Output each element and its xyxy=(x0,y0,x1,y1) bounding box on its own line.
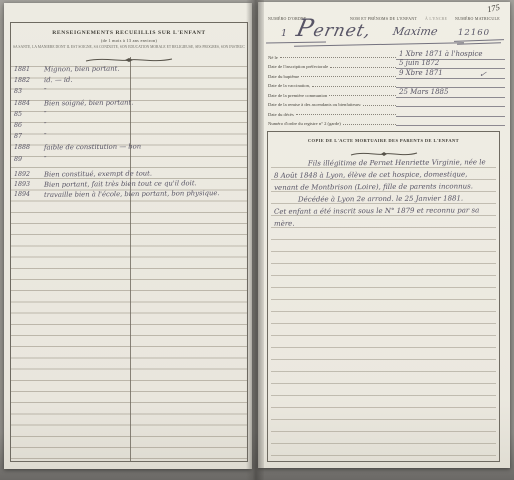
field-value: 25 Mars 1885 xyxy=(396,88,505,98)
dotted-leader xyxy=(329,94,396,96)
yearly-entries: 1881 Mignon, bien portant. 1882 id. — id… xyxy=(14,62,240,262)
child-firstname: Maxime xyxy=(392,25,439,38)
act-paragraph-registration: Cet enfant a été inscrit sous le N° 1879… xyxy=(274,204,492,230)
dotted-leader xyxy=(330,66,396,68)
ink-underline xyxy=(266,41,326,43)
entry-year: 1884 xyxy=(14,100,44,107)
ledger-entry-row: 86 ″ xyxy=(14,118,240,129)
entry-note: ″ xyxy=(44,155,47,163)
entry-note: ″ xyxy=(44,121,47,129)
entry-note: ″ xyxy=(44,132,47,140)
entry-note: id. — id. xyxy=(44,76,73,84)
entry-year: 87 xyxy=(14,133,44,140)
dotted-leader xyxy=(312,85,396,87)
matricule-label: NUMÉRO MATRICULE xyxy=(455,17,500,21)
ledger-entry-row: 1884 Bien soigné, bien portant. xyxy=(14,96,240,107)
dotted-leader xyxy=(280,56,396,58)
ledger-entry-row: 83 ″ xyxy=(14,84,240,95)
field-value: 9 Xbre 1871 xyxy=(396,69,505,79)
entry-note: travaille bien à l'école, bien portant, … xyxy=(44,190,220,200)
dotted-leader xyxy=(301,75,396,77)
field-label: Numéro d'ordre du registre n° 2 (garde) xyxy=(268,121,343,126)
page-number: 175 xyxy=(486,2,501,14)
entry-year: 85 xyxy=(14,111,44,118)
field-value xyxy=(396,107,505,117)
entry-year: 83 xyxy=(14,88,44,95)
ledger-entry-row: 87 ″ xyxy=(14,129,240,140)
left-page-subjects-line: SA SANTÉ, LA MANIÈRE DONT IL EST SOIGNÉ,… xyxy=(13,45,245,49)
left-page-title: RENSEIGNEMENTS RECUEILLIS SUR L'ENFANT xyxy=(11,30,247,36)
field-label: Date de la remise à des ascendants ou bi… xyxy=(268,102,363,107)
left-page-subtitle: (de 1 mois à 13 ans environ) xyxy=(11,38,247,43)
field-label: Date du décès xyxy=(268,112,296,117)
entry-year: 89 xyxy=(14,156,44,163)
dotted-leader xyxy=(363,104,396,106)
entry-year: 1888 xyxy=(14,144,44,151)
order-number-value: 1 xyxy=(281,28,287,39)
act-box-title: COPIE DE L'ACTE MORTUAIRE DES PARENTS DE… xyxy=(268,138,499,143)
dotted-leader xyxy=(343,123,396,125)
death-act-box: COPIE DE L'ACTE MORTUAIRE DES PARENTS DE… xyxy=(267,131,500,462)
matricule-value: 12160 xyxy=(458,28,490,38)
dotted-leader xyxy=(296,113,396,115)
ledger-entry-row: 1882 id. — id. xyxy=(14,73,240,84)
field-value xyxy=(396,97,505,107)
field-label: Date de la vaccination, xyxy=(268,83,312,88)
entry-year: 1882 xyxy=(14,77,44,84)
ledger-entry-row: 89 ″ xyxy=(14,152,240,163)
field-label: Date du baptême xyxy=(268,74,301,79)
ledger-entry-row: 1894 travaille bien à l'école, bien port… xyxy=(14,187,240,198)
entry-year: 1894 xyxy=(14,191,44,198)
entry-note: faible de constitution — bon xyxy=(44,143,141,152)
surname-rest: ernet xyxy=(311,21,366,41)
entry-year: 86 xyxy=(14,122,44,129)
form-fields: Né le 1 Xbre 1871 à l'hospice Date de l'… xyxy=(268,50,505,126)
ledger-entry-row: 1881 Mignon, bien portant. xyxy=(14,62,240,73)
entry-note: Mignon, bien portant. xyxy=(44,65,120,74)
ink-check-mark: ✓ xyxy=(478,70,487,81)
field-label: Né le xyxy=(268,55,280,60)
child-surname: Pernet, xyxy=(294,14,375,42)
entry-note: ″ xyxy=(44,87,47,95)
entry-note: ″ xyxy=(44,110,47,118)
field-value: 1 Xbre 1871 à l'hospice xyxy=(396,50,505,60)
form-field-row: Numéro d'ordre du registre n° 2 (garde) xyxy=(268,117,505,127)
field-value xyxy=(396,78,505,88)
ledger-entry-row: 85 ″ xyxy=(14,107,240,118)
scanned-register-spread: RENSEIGNEMENTS RECUEILLIS SUR L'ENFANT (… xyxy=(0,0,514,480)
entry-note: Bien soigné, bien portant. xyxy=(44,98,133,107)
binding-gutter xyxy=(246,0,264,480)
ink-note-label: À L'ENCRE xyxy=(425,17,447,21)
field-label: Date de l'inscription préfectorale xyxy=(268,64,330,69)
left-page: RENSEIGNEMENTS RECUEILLIS SUR L'ENFANT (… xyxy=(4,3,252,469)
entry-year: 1881 xyxy=(14,66,44,73)
act-paragraph-parents: Fils illégitime de Pernet Henriette Virg… xyxy=(274,156,492,194)
field-label: Date de la première communion xyxy=(268,93,329,98)
field-value xyxy=(396,116,505,126)
act-transcription: Fils illégitime de Pernet Henriette Virg… xyxy=(274,157,492,229)
ledger-entry-row: 1888 faible de constitution — bon xyxy=(14,140,240,151)
field-value: 5 juin 1872 xyxy=(396,59,505,69)
